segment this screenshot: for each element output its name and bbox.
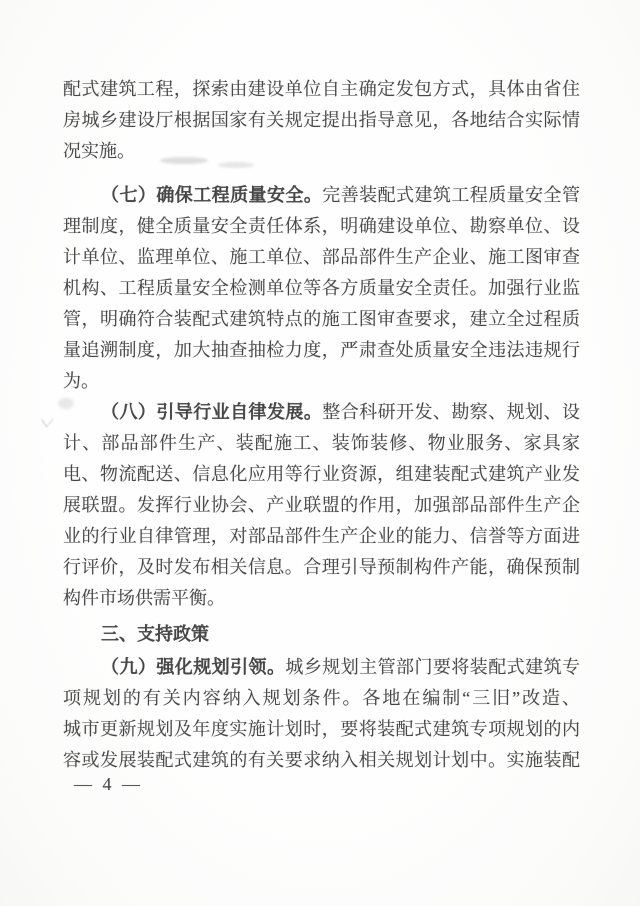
text-line: 况实施。 [63, 136, 580, 167]
text-segment: 业的行业自律管理，对部品部件生产企业的能力、信誉等方面进 [63, 526, 580, 546]
text-segment: 配式建筑工程，探索由建设单位自主确定发包方式，具体由省住 [63, 79, 580, 99]
text-line: 计单位、监理单位、施工单位、部品部件生产企业、施工图审查 [63, 242, 580, 273]
text-line: （八）引导行业自律发展。整合科研开发、勘察、规划、设 [63, 397, 580, 428]
text-line: 容或发展装配式建筑的有关要求纳入相关规划计划中。实施装配 [63, 745, 580, 776]
text-line: 房城乡建设厅根据国家有关规定提出指导意见，各地结合实际情 [63, 105, 580, 136]
text-segment: 房城乡建设厅根据国家有关规定提出指导意见，各地结合实际情 [63, 110, 580, 130]
text-line: 行评价，及时发布相关信息。合理引导预制构件产能，确保预制 [63, 552, 580, 583]
text-line: 构件市场供需平衡。 [63, 583, 580, 614]
text-line: （七）确保工程质量安全。完善装配式建筑工程质量安全管 [63, 180, 580, 211]
paragraph-9-planning-guidance: （九）强化规划引领。城乡规划主管部门要将装配式建筑专项规划的有关内容纳入规划条件… [63, 652, 580, 776]
paragraph-8-industry-self-discipline: （八）引导行业自律发展。整合科研开发、勘察、规划、设计、部品部件生产、装配施工、… [63, 397, 580, 614]
text-line: 计、部品部件生产、装配施工、装饰装修、物业服务、家具家 [63, 428, 580, 459]
text-segment: 完善装配式建筑工程质量安全管 [322, 185, 580, 205]
text-line: 展联盟。发挥行业协会、产业联盟的作用，加强部品部件生产企 [63, 490, 580, 521]
text-segment: 计单位、监理单位、施工单位、部品部件生产企业、施工图审查 [63, 247, 580, 267]
text-segment: 城市更新规划及年度实施计划时，要将装配式建筑专项规划的内 [63, 719, 580, 739]
text-segment: 电、物流配送、信息化应用等行业资源，组建装配式建筑产业发 [63, 464, 580, 484]
text-segment: 况实施。 [63, 141, 135, 161]
bold-text-segment: （九）强化规划引领。 [101, 657, 285, 677]
text-line: 机构、工程质量安全检测单位等各方质量安全责任。加强行业监 [63, 273, 580, 304]
margin-pencil-tick [41, 411, 53, 427]
text-segment: 构件市场供需平衡。 [63, 588, 225, 608]
text-segment: 行评价，及时发布相关信息。合理引导预制构件产能，确保预制 [63, 557, 580, 577]
text-segment: 项规划的有关内容纳入规划条件。各地在编制“三旧”改造、 [63, 688, 580, 708]
paragraph-6-continuation: 配式建筑工程，探索由建设单位自主确定发包方式，具体由省住房城乡建设厅根据国家有关… [63, 74, 580, 167]
text-line: 为。 [63, 366, 580, 397]
text-segment: 城乡规划主管部门要将装配式建筑专 [285, 657, 580, 677]
text-segment: 量追溯制度，加大抽查抽检力度，严肃查处质量安全违法违规行 [63, 340, 580, 360]
page-number: — 4 — [74, 774, 143, 795]
text-line: 管，明确符合装配式建筑特点的施工图审查要求，建立全过程质 [63, 304, 580, 335]
text-line: 电、物流配送、信息化应用等行业资源，组建装配式建筑产业发 [63, 459, 580, 490]
text-segment: 展联盟。发挥行业协会、产业联盟的作用，加强部品部件生产企 [63, 495, 580, 515]
bold-text-segment: 三、支持政策 [101, 624, 209, 644]
text-line: 三、支持政策 [63, 619, 580, 650]
text-segment: 为。 [63, 371, 99, 391]
text-segment: 机构、工程质量安全检测单位等各方质量安全责任。加强行业监 [63, 278, 580, 298]
text-line: （九）强化规划引领。城乡规划主管部门要将装配式建筑专 [63, 652, 580, 683]
text-segment: 整合科研开发、勘察、规划、设 [322, 402, 580, 422]
text-line: 业的行业自律管理，对部品部件生产企业的能力、信誉等方面进 [63, 521, 580, 552]
text-line: 配式建筑工程，探索由建设单位自主确定发包方式，具体由省住 [63, 74, 580, 105]
text-segment: 容或发展装配式建筑的有关要求纳入相关规划计划中。实施装配 [63, 750, 580, 770]
bold-text-segment: （八）引导行业自律发展。 [101, 402, 322, 422]
heading-section-3-support-policies: 三、支持政策 [63, 619, 580, 650]
text-line: 项规划的有关内容纳入规划条件。各地在编制“三旧”改造、 [63, 683, 580, 714]
text-segment: 计、部品部件生产、装配施工、装饰装修、物业服务、家具家 [63, 433, 580, 453]
bold-text-segment: （七）确保工程质量安全。 [101, 185, 322, 205]
text-line: 理制度，健全质量安全责任体系，明确建设单位、勘察单位、设 [63, 211, 580, 242]
document-page: 配式建筑工程，探索由建设单位自主确定发包方式，具体由省住房城乡建设厅根据国家有关… [0, 0, 640, 906]
text-line: 城市更新规划及年度实施计划时，要将装配式建筑专项规划的内 [63, 714, 580, 745]
paragraph-7-quality-safety: （七）确保工程质量安全。完善装配式建筑工程质量安全管理制度，健全质量安全责任体系… [63, 180, 580, 397]
text-segment: 理制度，健全质量安全责任体系，明确建设单位、勘察单位、设 [63, 216, 580, 236]
text-segment: 管，明确符合装配式建筑特点的施工图审查要求，建立全过程质 [63, 309, 580, 329]
text-line: 量追溯制度，加大抽查抽检力度，严肃查处质量安全违法违规行 [63, 335, 580, 366]
